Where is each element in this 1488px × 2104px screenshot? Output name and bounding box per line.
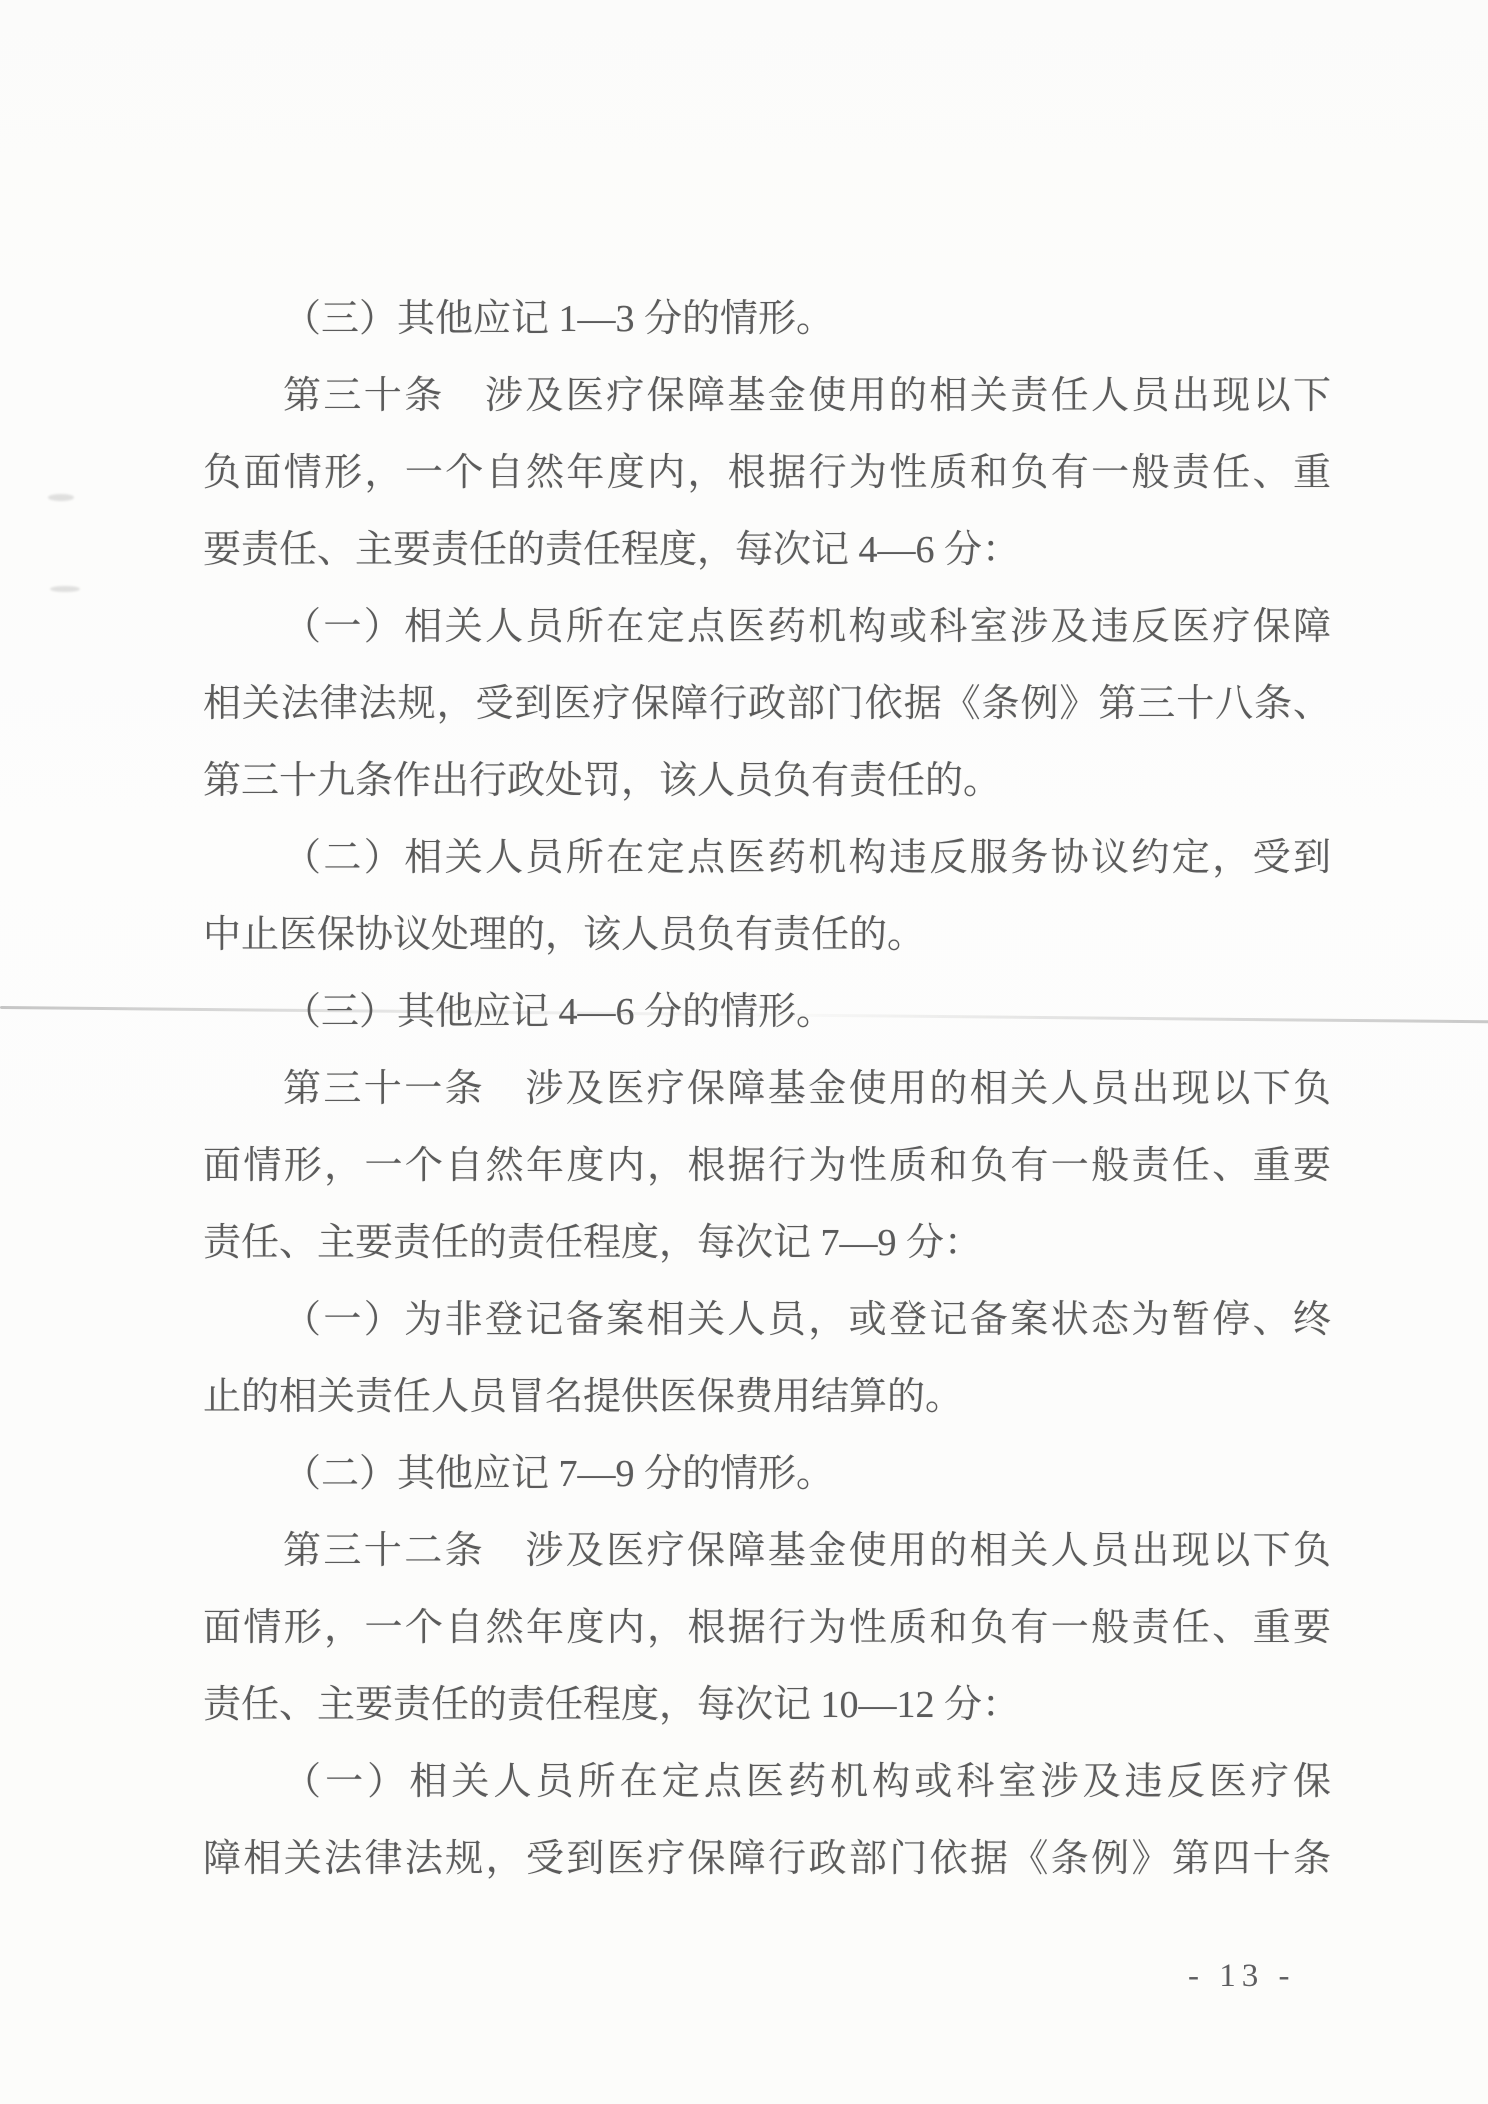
scan-smudge [50, 586, 80, 592]
text-line-2: 第三十条 涉及医疗保障基金使用的相关责任人员出现以下 [203, 358, 1331, 435]
document-page: （三）其他应记 1—3 分的情形。第三十条 涉及医疗保障基金使用的相关责任人员出… [0, 0, 1488, 2104]
text-line-20: （一）相关人员所在定点医药机构或科室涉及违反医疗保 [203, 1744, 1331, 1821]
text-line-9: 中止医保协议处理的，该人员负有责任的。 [203, 897, 1331, 974]
text-line-4: 要责任、主要责任的责任程度，每次记 4—6 分： [203, 512, 1331, 589]
text-line-1: （三）其他应记 1—3 分的情形。 [203, 281, 1331, 358]
text-line-7: 第三十九条作出行政处罚，该人员负有责任的。 [203, 743, 1331, 820]
text-line-11: 第三十一条 涉及医疗保障基金使用的相关人员出现以下负 [203, 1051, 1331, 1128]
text-line-17: 第三十二条 涉及医疗保障基金使用的相关人员出现以下负 [203, 1513, 1331, 1590]
text-line-8: （二）相关人员所在定点医药机构违反服务协议约定，受到 [203, 820, 1331, 897]
text-line-12: 面情形，一个自然年度内，根据行为性质和负有一般责任、重要 [203, 1128, 1331, 1205]
text-line-14: （一）为非登记备案相关人员，或登记备案状态为暂停、终 [203, 1282, 1331, 1359]
scan-smudge [48, 494, 74, 501]
document-body: （三）其他应记 1—3 分的情形。第三十条 涉及医疗保障基金使用的相关责任人员出… [203, 281, 1331, 1898]
text-line-18: 面情形，一个自然年度内，根据行为性质和负有一般责任、重要 [203, 1590, 1331, 1667]
page-number: - 13 - [1188, 1958, 1295, 1995]
text-line-6: 相关法律法规，受到医疗保障行政部门依据《条例》第三十八条、 [203, 666, 1331, 743]
text-line-15: 止的相关责任人员冒名提供医保费用结算的。 [203, 1359, 1331, 1436]
text-line-19: 责任、主要责任的责任程度，每次记 10—12 分： [203, 1667, 1331, 1744]
text-line-13: 责任、主要责任的责任程度，每次记 7—9 分： [203, 1205, 1331, 1282]
text-line-3: 负面情形，一个自然年度内，根据行为性质和负有一般责任、重 [203, 435, 1331, 512]
text-line-10: （三）其他应记 4—6 分的情形。 [203, 974, 1331, 1051]
text-line-21: 障相关法律法规，受到医疗保障行政部门依据《条例》第四十条 [203, 1821, 1331, 1898]
text-line-5: （一）相关人员所在定点医药机构或科室涉及违反医疗保障 [203, 589, 1331, 666]
text-line-16: （二）其他应记 7—9 分的情形。 [203, 1436, 1331, 1513]
